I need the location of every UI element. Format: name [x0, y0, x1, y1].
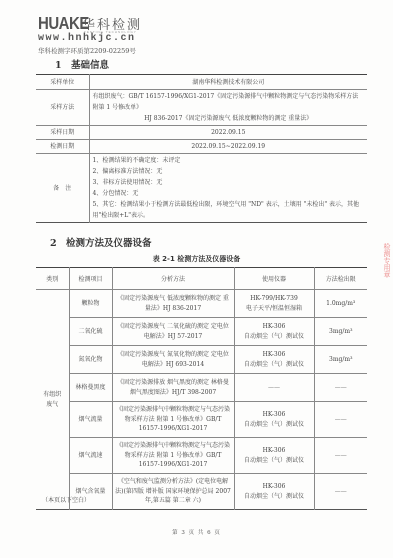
- instrument-cell: HK-306 自动烟尘（气）测试仪: [234, 438, 314, 474]
- table-row: 采样方法 有组织废气：GB/T 16157-1996/XG1-2017《固定污染…: [36, 90, 367, 126]
- page-number: 第 3 页 共 6 页: [0, 528, 393, 536]
- table-row: 采样单位 湖南华科检测技术有限公司: [36, 75, 367, 90]
- method-cell: 《固定污染源排气中颗粒物测定与气态污染物采样方法 附第 1 号修改单》GB/T …: [112, 438, 234, 474]
- section-1-title: 1基础信息: [55, 57, 109, 71]
- label-sampling-method: 采样方法: [36, 90, 89, 126]
- limit-cell: ——: [314, 402, 367, 438]
- category-cell: 有组织 废气: [36, 290, 69, 510]
- header-item: 检测项目: [69, 268, 112, 290]
- instrument-cell: HK-799/HK-739 电子天平/恒温恒湿箱: [234, 290, 314, 318]
- limit-cell: ——: [314, 438, 367, 474]
- company-logo: HUAKE 华科检测 TESTING TECHNOLOGY www.hnhkjc…: [38, 14, 198, 42]
- remark-item: 4、分包情况：无: [93, 188, 365, 199]
- remark-item: 2、偏离标准方法情况：无: [93, 166, 365, 177]
- value-testing-date: 2022.09.15~2022.09.19: [89, 140, 367, 154]
- seal-stamp-fragment: 检测专用章: [384, 243, 392, 278]
- value-remarks: 1、检测结果的不确定度：未评定 2、偏离标准方法情况：无 3、非标方法使用情况：…: [89, 154, 367, 223]
- item-cell: 林格曼黑度: [69, 374, 112, 402]
- header-detection-limit: 方法检出限: [314, 268, 367, 290]
- item-cell: 烟气流速: [69, 438, 112, 474]
- logo-url: www.hnhkjc.cn: [38, 33, 136, 44]
- table-row: 林格曼黑度 《固定污染源排放 烟气黑度的测定 林格曼烟气黑度图法》HJ/T 39…: [36, 374, 367, 402]
- methods-instruments-table: 类别 检测项目 分析方法 使用仪器 方法检出限 有组织 废气 颗粒物 《固定污染…: [36, 267, 367, 510]
- limit-cell: 3mg/m³: [314, 318, 367, 346]
- limit-cell: 3mg/m³: [314, 346, 367, 374]
- table-caption: 表 2-1 检测方法及仪器设备: [0, 254, 393, 264]
- table-row: 烟气流量 《固定污染源排气中颗粒物测定与气态污染物采样方法 附第 1 号修改单》…: [36, 402, 367, 438]
- table-row: 烟气含氧量 《空气和废气监测分析方法》(定电位电解法)(第四版 增补版 国家环境…: [36, 474, 367, 510]
- table-row: 有组织 废气 颗粒物 《固定污染源废气 低浓度颗粒物的测定 重量法》HJ 836…: [36, 290, 367, 318]
- item-cell: 烟气流量: [69, 402, 112, 438]
- table-row: 检测日期 2022.09.15~2022.09.19: [36, 140, 367, 154]
- label-testing-date: 检测日期: [36, 140, 89, 154]
- method-cell: 《固定污染源废气 氮氧化物的测定 定电位电解法》HJ 693-2014: [112, 346, 234, 374]
- report-number: 华科检测字环质第2209-02259号: [38, 46, 136, 55]
- blank-below-note: （本页以下空白）: [42, 495, 90, 504]
- label-remarks: 备 注: [36, 154, 89, 223]
- header-method: 分析方法: [112, 268, 234, 290]
- method-cell: 《固定污染源废气 低浓度颗粒物的测定 重量法》HJ 836-2017: [112, 290, 234, 318]
- value-sampling-unit: 湖南华科检测技术有限公司: [89, 75, 367, 90]
- instrument-cell: HK-306 自动烟尘（气）测试仪: [234, 402, 314, 438]
- instrument-cell: ——: [234, 374, 314, 402]
- remark-item: 1、检测结果的不确定度：未评定: [93, 155, 365, 166]
- remark-item: 3、非标方法使用情况：无: [93, 177, 365, 188]
- table-row: 采样日期 2022.09.15: [36, 126, 367, 140]
- value-sampling-date: 2022.09.15: [89, 126, 367, 140]
- instrument-cell: HK-306 自动烟尘（气）测试仪: [234, 474, 314, 510]
- header-category: 类别: [36, 268, 69, 290]
- value-sampling-method: 有组织废气：GB/T 16157-1996/XG1-2017《固定污染源排气中颗…: [89, 90, 367, 126]
- table-row: 二氧化硫 《固定污染源废气 二氧化硫的测定 定电位电解法》HJ 57-2017 …: [36, 318, 367, 346]
- label-sampling-unit: 采样单位: [36, 75, 89, 90]
- table-row: 烟气流速 《固定污染源排气中颗粒物测定与气态污染物采样方法 附第 1 号修改单》…: [36, 438, 367, 474]
- remark-item: 5、其它：检测结果小于检测方法最低检出限，环境空气用 "ND" 表示，土壤用 "…: [93, 199, 365, 221]
- item-cell: 氮氧化物: [69, 346, 112, 374]
- instrument-cell: HK-306 自动烟尘（气）测试仪: [234, 346, 314, 374]
- item-cell: 二氧化硫: [69, 318, 112, 346]
- item-cell: 烟气含氧量: [69, 474, 112, 510]
- limit-cell: 1.0mg/m³: [314, 290, 367, 318]
- section-2-title: 2检测方法及仪器设备: [50, 235, 152, 249]
- method-cell: 《空气和废气监测分析方法》(定电位电解法)(第四版 增补版 国家环境保护总局 2…: [112, 474, 234, 510]
- limit-cell: ——: [314, 374, 367, 402]
- table-row: 氮氧化物 《固定污染源废气 氮氧化物的测定 定电位电解法》HJ 693-2014…: [36, 346, 367, 374]
- table-header-row: 类别 检测项目 分析方法 使用仪器 方法检出限: [36, 268, 367, 290]
- method-cell: 《固定污染源排气中颗粒物测定与气态污染物采样方法 附第 1 号修改单》GB/T …: [112, 402, 234, 438]
- method-cell: 《固定污染源排放 烟气黑度的测定 林格曼烟气黑度图法》HJ/T 398-2007: [112, 374, 234, 402]
- header-instrument: 使用仪器: [234, 268, 314, 290]
- label-sampling-date: 采样日期: [36, 126, 89, 140]
- instrument-cell: HK-306 自动烟尘（气）测试仪: [234, 318, 314, 346]
- method-cell: 《固定污染源废气 二氧化硫的测定 定电位电解法》HJ 57-2017: [112, 318, 234, 346]
- limit-cell: ——: [314, 474, 367, 510]
- item-cell: 颗粒物: [69, 290, 112, 318]
- basic-info-table: 采样单位 湖南华科检测技术有限公司 采样方法 有组织废气：GB/T 16157-…: [36, 74, 367, 223]
- table-row: 备 注 1、检测结果的不确定度：未评定 2、偏离标准方法情况：无 3、非标方法使…: [36, 154, 367, 223]
